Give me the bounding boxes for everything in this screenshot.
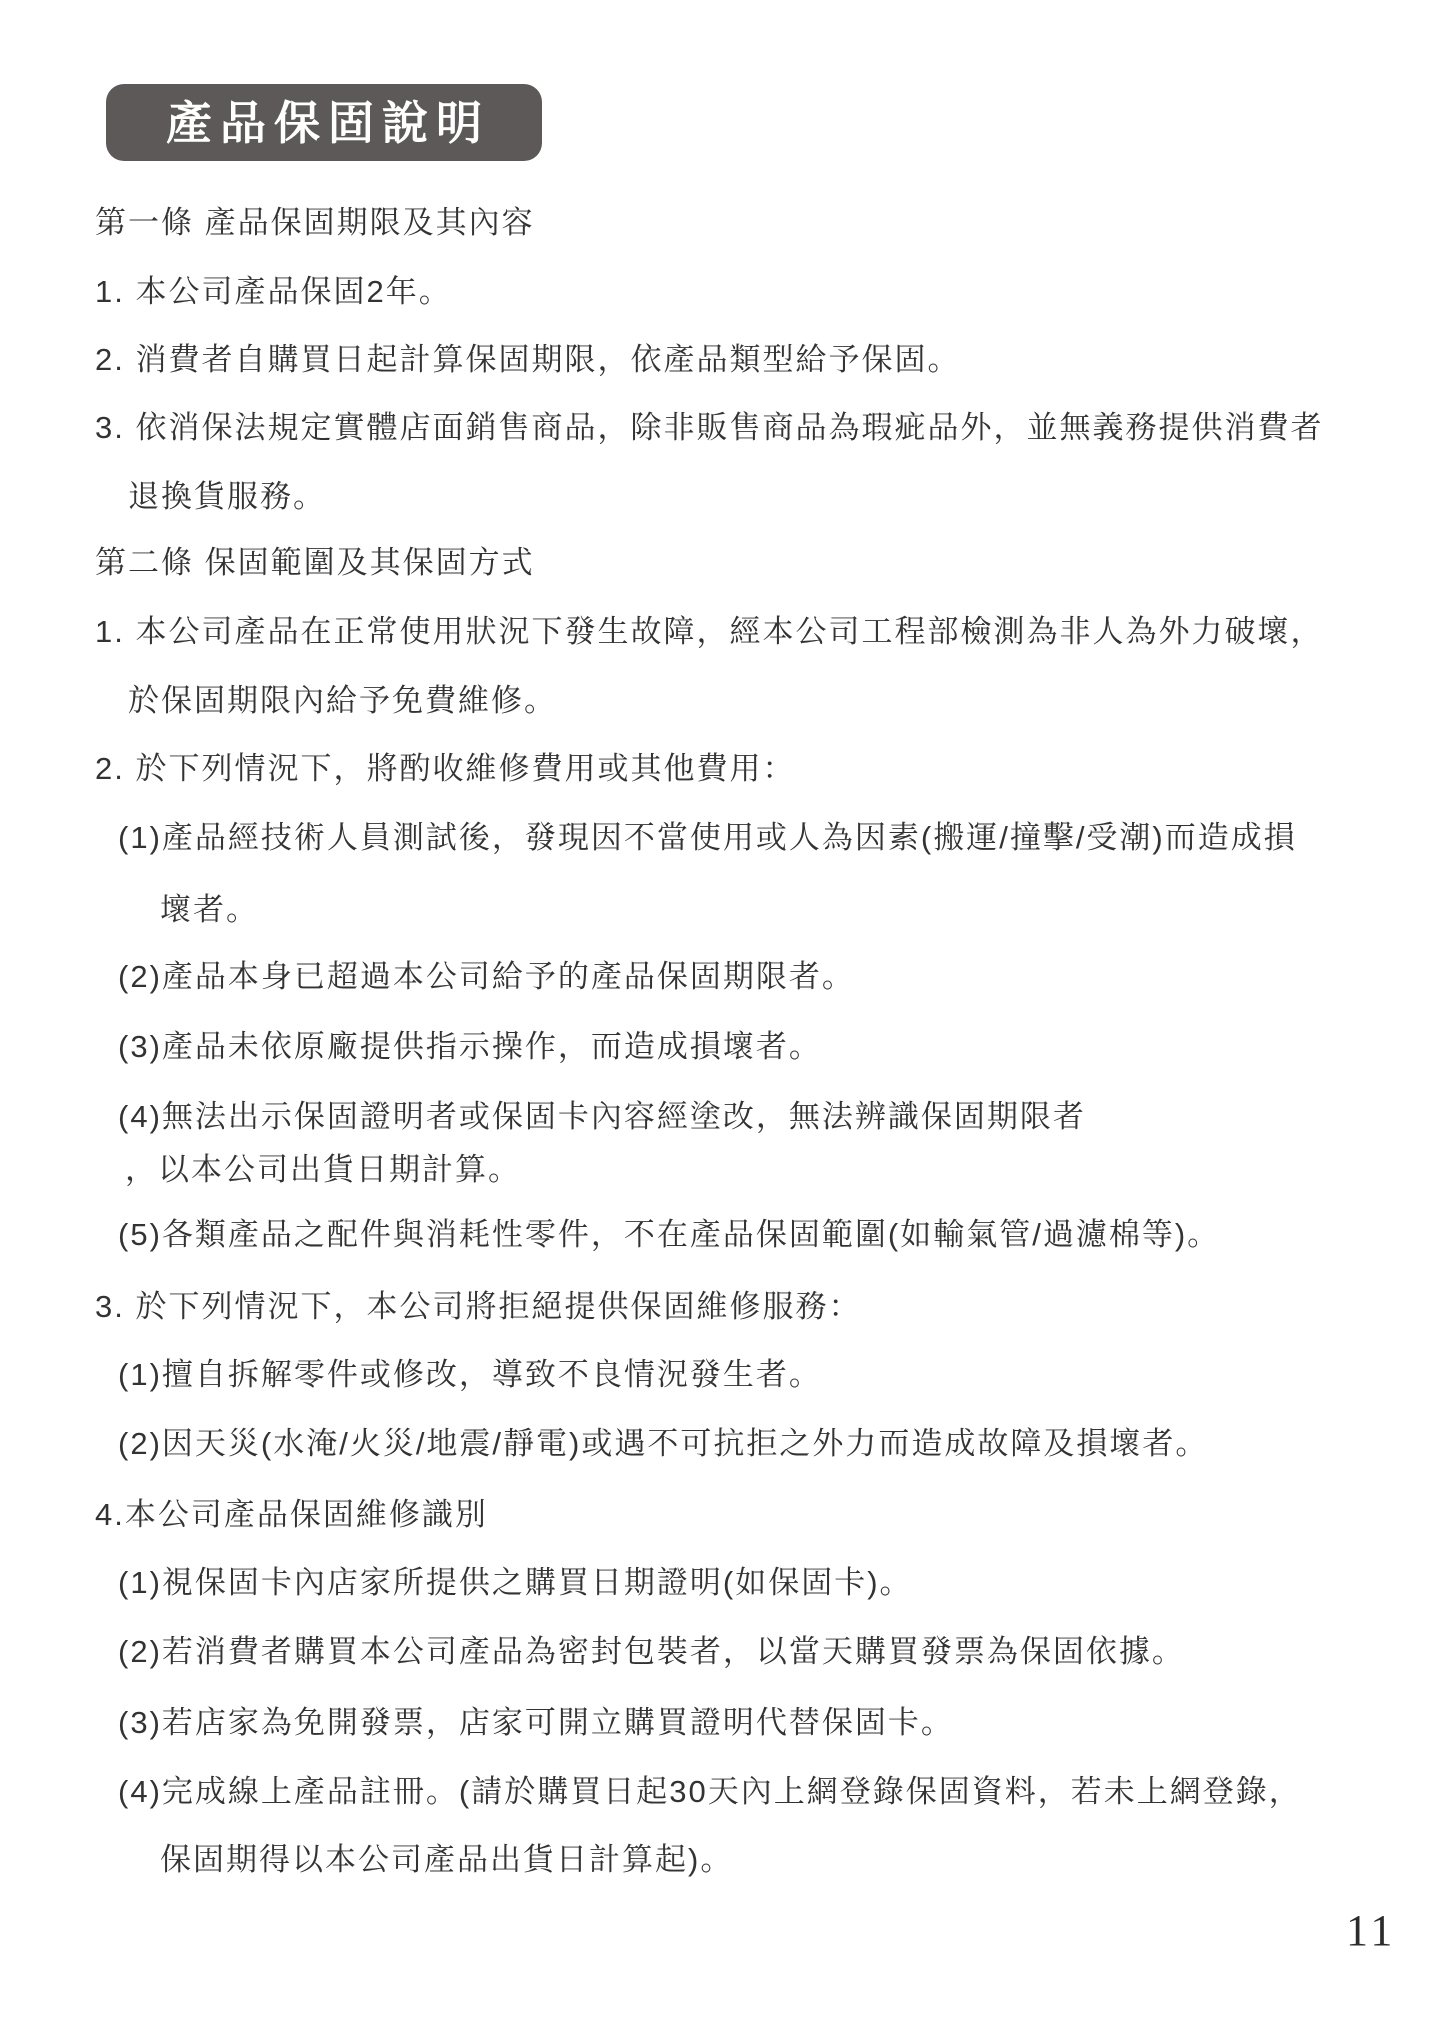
document-line: 3. 依消保法規定實體店面銷售商品，除非販售商品為瑕疵品外，並無義務提供消費者 (95, 408, 1323, 448)
document-line: (4)無法出示保固證明者或保固卡內容經塗改，無法辨識保固期限者 (118, 1097, 1086, 1137)
document-line: ，以本公司出貨日期計算。 (125, 1150, 521, 1190)
document-page: 產品保固說明 第一條 產品保固期限及其內容 1. 本公司產品保固2年。 2. 消… (0, 0, 1440, 2019)
section-title-label: 產品保固說明 (158, 100, 490, 146)
document-line: 保固期得以本公司產品出貨日計算起)。 (160, 1840, 733, 1880)
page-number: 11 (1346, 1905, 1396, 1956)
document-line: 2. 消費者自購買日起計算保固期限，依產品類型給予保固。 (95, 340, 960, 380)
document-line: (4)完成線上產品註冊。(請於購買日起30天內上網登錄保固資料，若未上網登錄， (118, 1772, 1302, 1812)
document-line: (2)產品本身已超過本公司給予的產品保固期限者。 (118, 957, 855, 997)
document-line: (2)因天災(水淹/火災/地震/靜電)或遇不可抗拒之外力而造成故障及損壞者。 (118, 1424, 1208, 1464)
document-line: 於保固期限內給予免費維修。 (128, 681, 557, 721)
article-2-heading: 第二條 保固範圍及其保固方式 (95, 543, 535, 583)
document-line: 1. 本公司產品保固2年。 (95, 272, 452, 312)
document-line: (3)若店家為免開發票，店家可開立購買證明代替保固卡。 (118, 1703, 954, 1743)
document-line: (1)產品經技術人員測試後，發現因不當使用或人為因素(搬運/撞擊/受潮)而造成損 (118, 818, 1297, 858)
document-line: 壞者。 (160, 890, 259, 930)
document-line: 2. 於下列情況下，將酌收維修費用或其他費用： (95, 749, 795, 789)
document-line: (5)各類產品之配件與消耗性零件，不在產品保固範圍(如輸氣管/過濾棉等)。 (118, 1215, 1220, 1255)
document-line: 3. 於下列情況下，本公司將拒絕提供保固維修服務： (95, 1287, 861, 1327)
document-line: (1)擅自拆解零件或修改，導致不良情況發生者。 (118, 1355, 822, 1395)
document-line: (1)視保固卡內店家所提供之購買日期證明(如保固卡)。 (118, 1563, 913, 1603)
document-line: 1. 本公司產品在正常使用狀況下發生故障，經本公司工程部檢測為非人為外力破壞， (95, 612, 1323, 652)
article-1-heading: 第一條 產品保固期限及其內容 (95, 203, 535, 243)
document-line: 退換貨服務。 (128, 477, 326, 517)
document-line: 4.本公司產品保固維修識別 (95, 1495, 488, 1535)
document-line: (3)產品未依原廠提供指示操作，而造成損壞者。 (118, 1027, 822, 1067)
document-line: (2)若消費者購買本公司產品為密封包裝者，以當天購買發票為保固依據。 (118, 1632, 1185, 1672)
section-title-badge: 產品保固說明 (106, 84, 542, 161)
